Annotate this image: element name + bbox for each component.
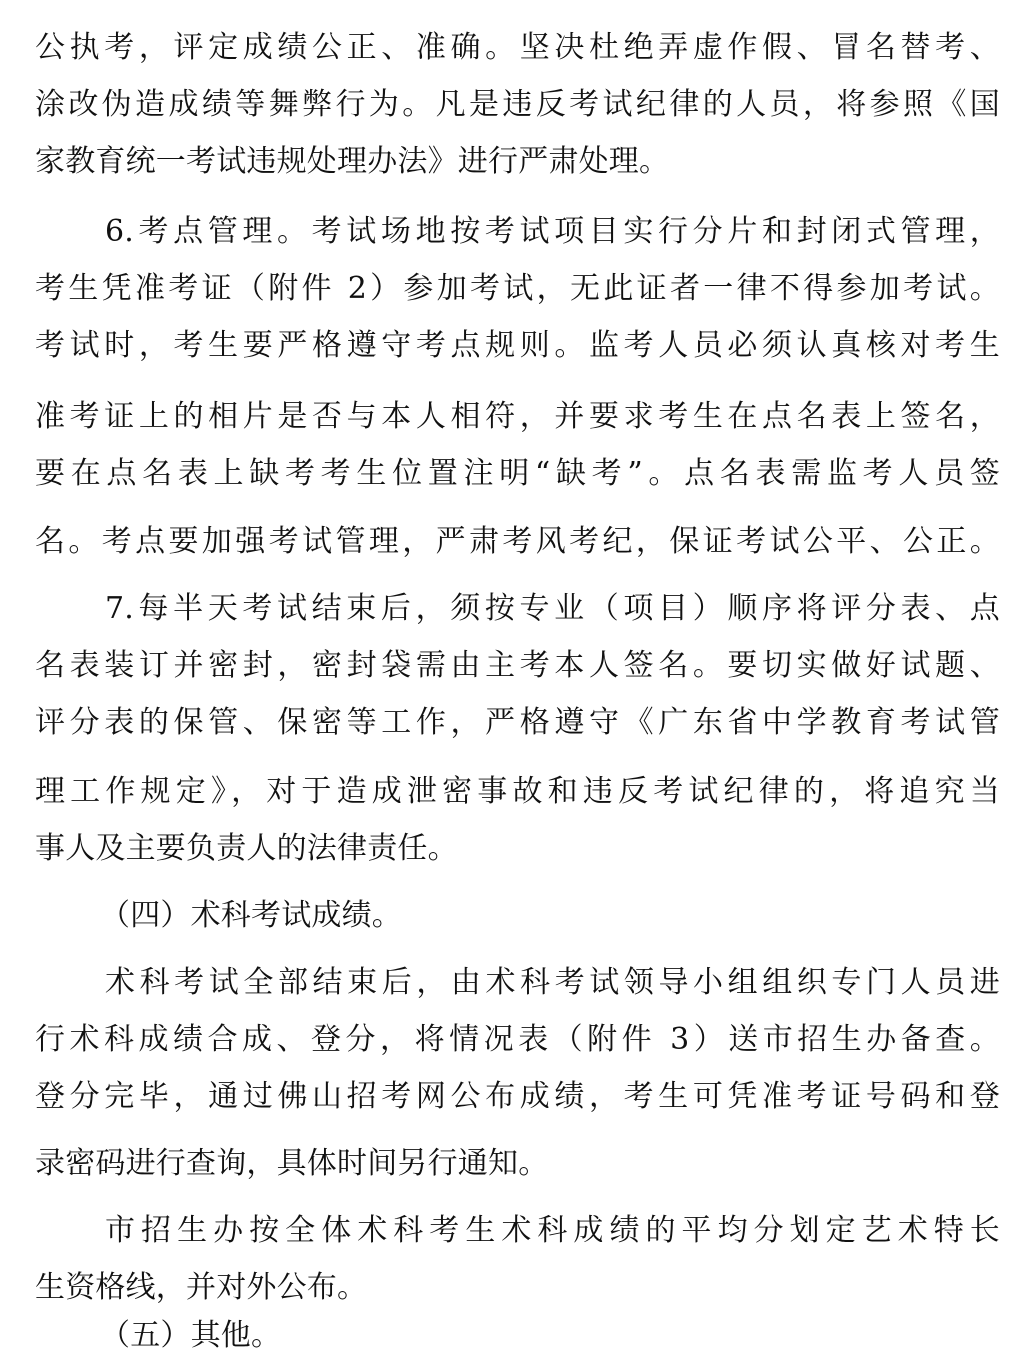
text-line-20: 市招生办按全体术科考生术科成绩的平均分划定艺术特长	[105, 1211, 1000, 1251]
document-page: 公执考，评定成绩公正、准确。坚决杜绝弄虚作假、冒名替考、 涂改伪造成绩等舞弊行为…	[0, 0, 1024, 1366]
section-5-heading: （五）其他。	[100, 1316, 700, 1356]
text-line-5: 考生凭准考证（附件 2）参加考试，无此证者一律不得参加考试。	[35, 269, 1000, 309]
text-line-7: 准考证上的相片是否与本人相符，并要求考生在点名表上签名，	[35, 397, 1000, 437]
text-line-21: 生资格线，并对外公布。	[35, 1268, 1000, 1308]
section-4-heading: （四）术科考试成绩。	[100, 896, 700, 936]
text-line-18: 登分完毕，通过佛山招考网公布成绩，考生可凭准考证号码和登	[35, 1077, 1000, 1117]
text-line-2: 涂改伪造成绩等舞弊行为。凡是违反考试纪律的人员，将参照《国	[35, 85, 1000, 125]
text-line-16: 术科考试全部结束后，由术科考试领导小组组织专门人员进	[105, 963, 1000, 1003]
text-line-12: 评分表的保管、保密等工作，严格遵守《广东省中学教育考试管	[35, 703, 1000, 743]
item-6-heading-line: 6.考点管理。考试场地按考试项目实行分片和封闭式管理，	[105, 212, 1000, 252]
text-line-1: 公执考，评定成绩公正、准确。坚决杜绝弄虚作假、冒名替考、	[35, 28, 1000, 68]
text-line-19: 录密码进行查询，具体时间另行通知。	[35, 1144, 1000, 1184]
text-line-6: 考试时，考生要严格遵守考点规则。监考人员必须认真核对考生	[35, 326, 1000, 366]
text-line-14: 事人及主要负责人的法律责任。	[35, 829, 1000, 869]
text-line-9: 名。考点要加强考试管理，严肃考风考纪，保证考试公平、公正。	[35, 522, 1000, 562]
item-7-heading-line: 7.每半天考试结束后，须按专业（项目）顺序将评分表、点	[105, 589, 1000, 629]
text-line-13: 理工作规定》，对于造成泄密事故和违反考试纪律的，将追究当	[35, 772, 1000, 812]
text-line-3: 家教育统一考试违规处理办法》进行严肃处理。	[35, 142, 1000, 182]
text-line-17: 行术科成绩合成、登分，将情况表（附件 3）送市招生办备查。	[35, 1020, 1000, 1060]
text-line-11: 名表装订并密封，密封袋需由主考本人签名。要切实做好试题、	[35, 646, 1000, 686]
text-line-8: 要在点名表上缺考考生位置注明“缺考”。点名表需监考人员签	[35, 454, 1000, 494]
